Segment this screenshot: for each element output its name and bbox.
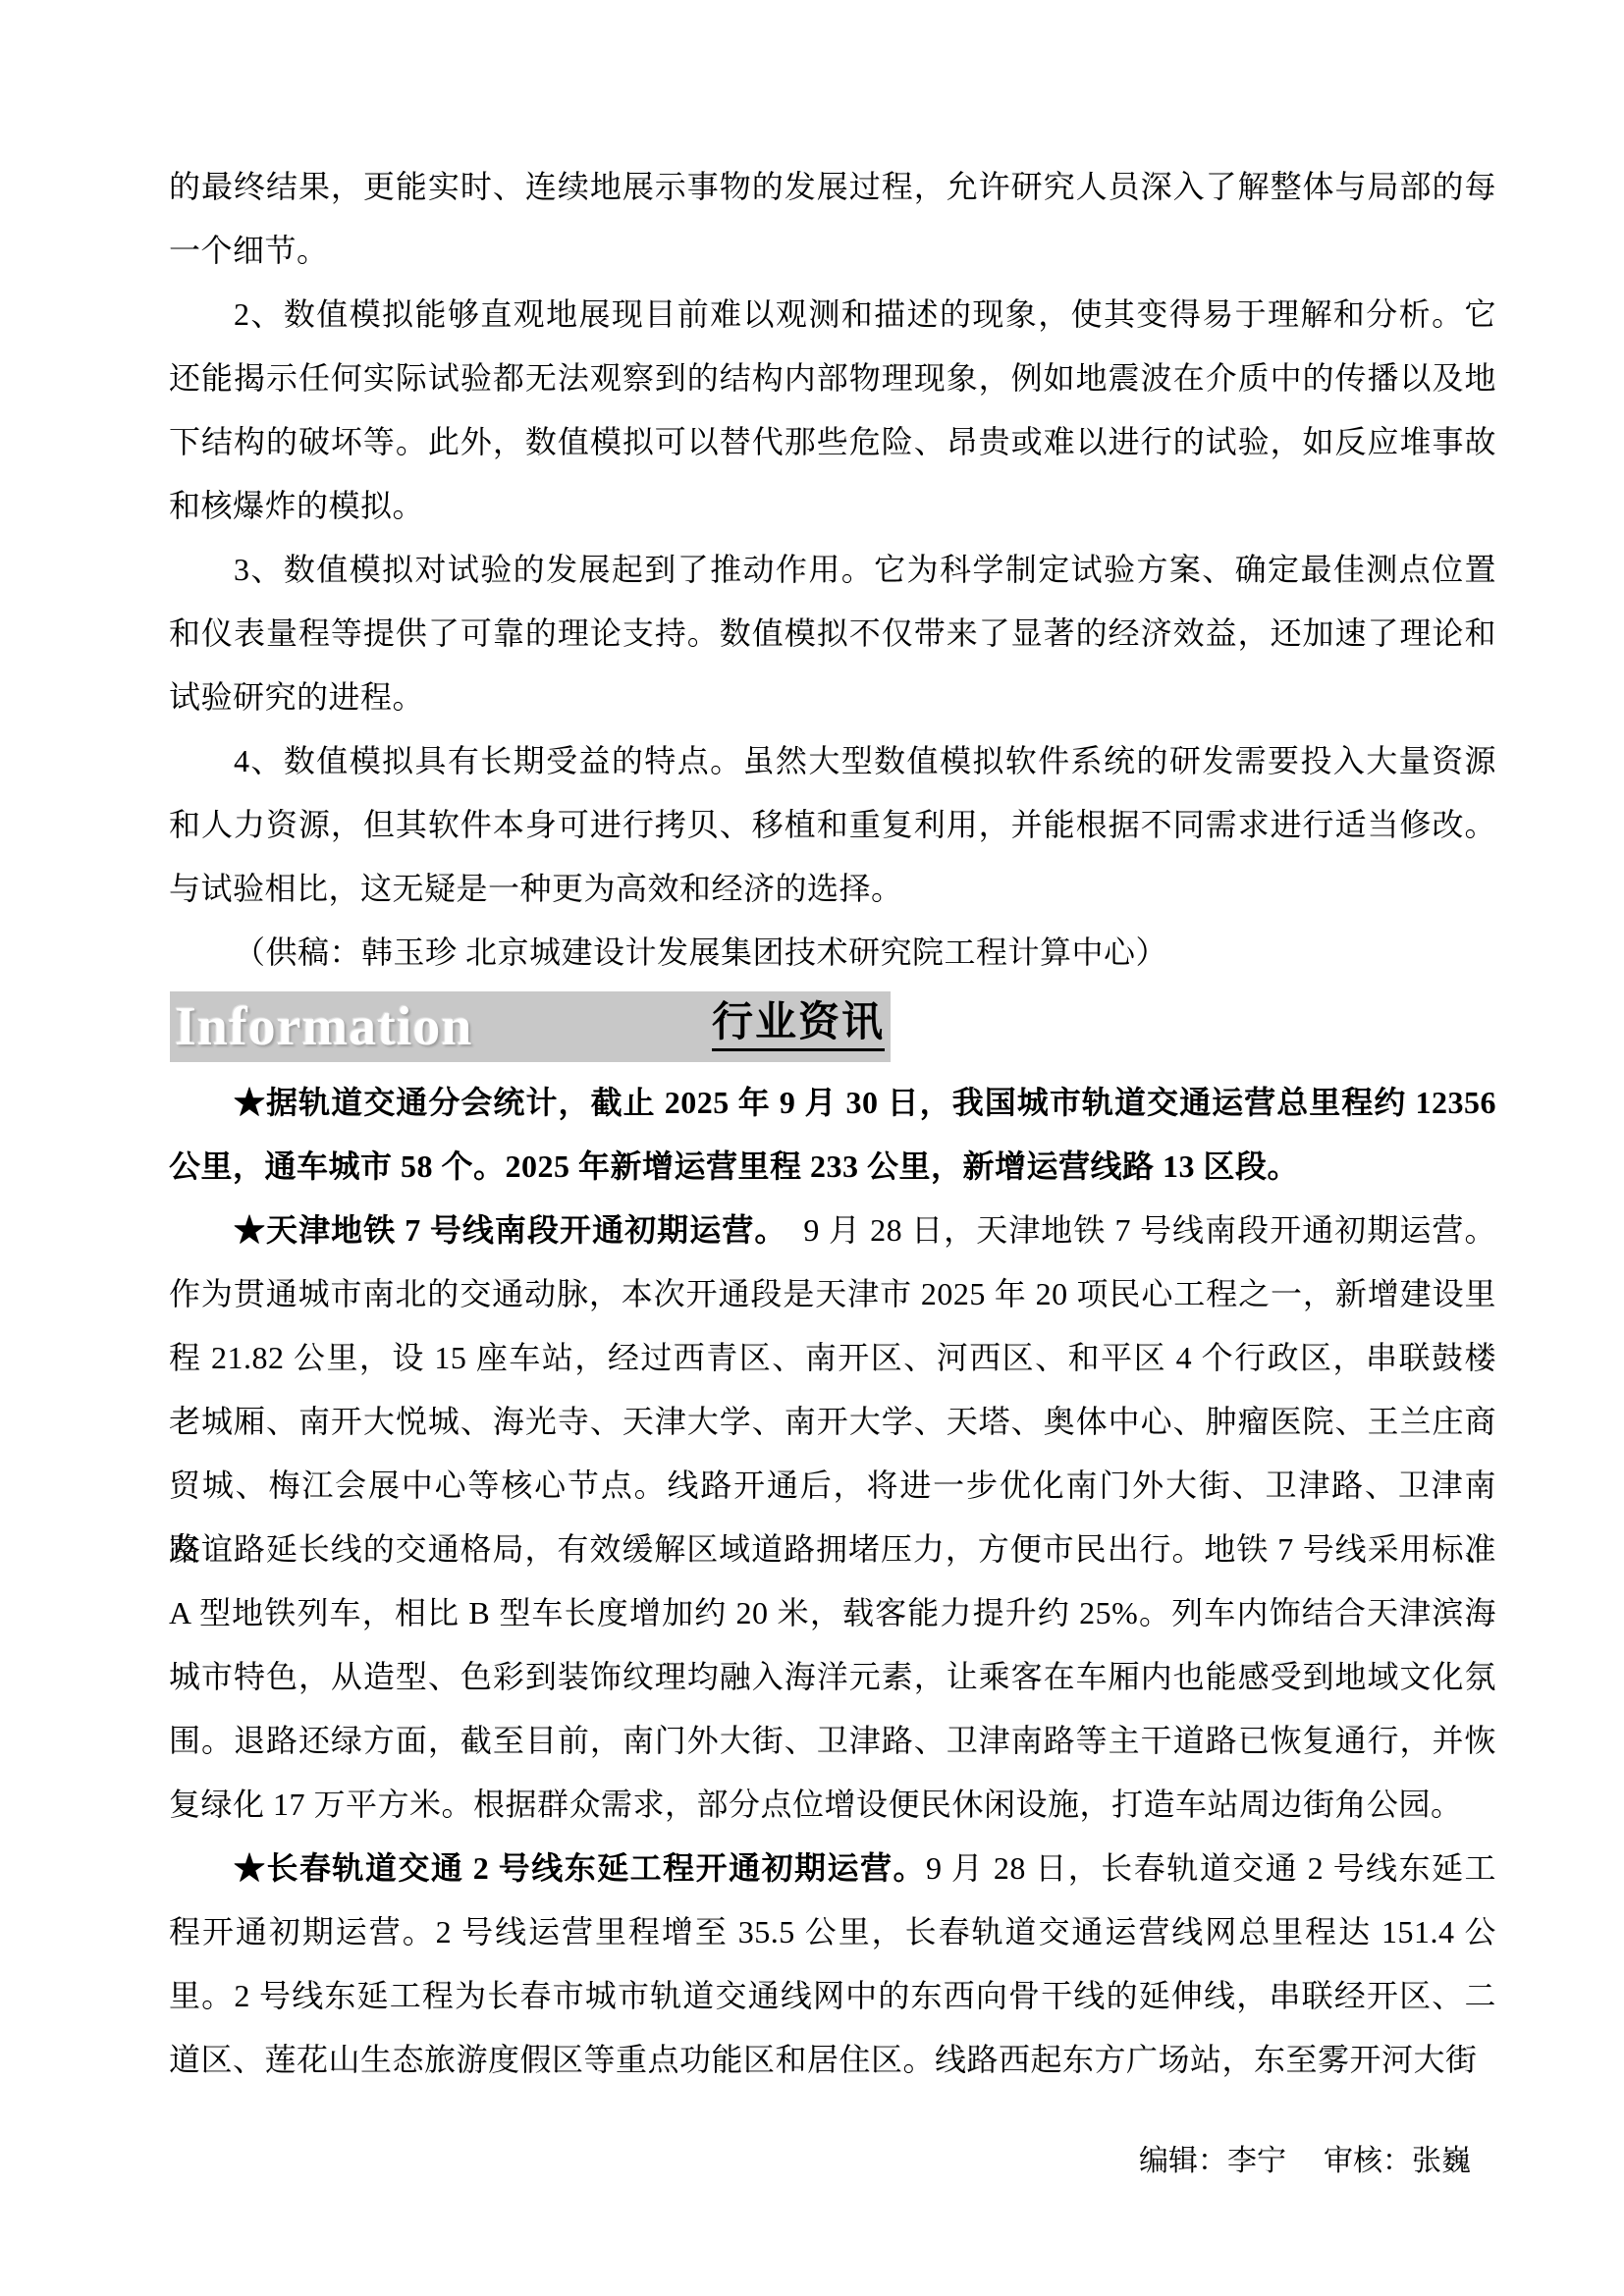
text-line: 3、数值模拟对试验的发展起到了推动作用。它为科学制定试验方案、确定最佳测点位置 (169, 538, 1496, 602)
text-segment: 友谊路延长线的交通格局，有效缓解区域道路拥堵压力，方便市民出行。地铁 7 号线采… (169, 1531, 1496, 1567)
page-footer: 编辑：李宁 审核：张巍 (1139, 2144, 1471, 2179)
text-line: 贸城、梅江会展中心等核心节点。线路开通后，将进一步优化南门外大街、卫津路、卫津南… (169, 1454, 1496, 1518)
text-line: 程 21.82 公里，设 15 座车站，经过西青区、南开区、河西区、和平区 4 … (169, 1326, 1496, 1390)
text-segment: 还能揭示任何实际试验都无法观察到的结构内部物理现象，例如地震波在介质中的传播以及… (169, 360, 1496, 396)
text-segment: 道区、莲花山生态旅游度假区等重点功能区和居住区。线路西起东方广场站，东至雾开河大… (169, 2042, 1478, 2077)
text-line: 里。2 号线东延工程为长春市城市轨道交通线网中的东西向骨干线的延伸线，串联经开区… (169, 1964, 1496, 2028)
text-line: 和核爆炸的模拟。 (169, 474, 1496, 538)
text-segment: 老城厢、南开大悦城、海光寺、天津大学、南开大学、天塔、奥体中心、肿瘤医院、王兰庄… (169, 1404, 1496, 1439)
text-line: 的最终结果，更能实时、连续地展示事物的发展过程，允许研究人员深入了解整体与局部的… (169, 155, 1496, 219)
text-segment: （供稿：韩玉珍 北京城建设计发展集团技术研究院工程计算中心） (234, 934, 1167, 970)
banner-english-title: Information (175, 999, 472, 1054)
text-segment: 和仪表量程等提供了可靠的理论支持。数值模拟不仅带来了显著的经济效益，还加速了理论… (169, 615, 1496, 651)
text-line: 一个细节。 (169, 219, 1496, 283)
text-line: 还能揭示任何实际试验都无法观察到的结构内部物理现象，例如地震波在介质中的传播以及… (169, 347, 1496, 410)
text-segment: 下结构的破坏等。此外，数值模拟可以替代那些危险、昂贵或难以进行的试验，如反应堆事… (169, 424, 1496, 459)
industry-news-banner: Information 行业资讯 (170, 991, 891, 1062)
bold-text-segment: ★天津地铁 7 号线南段开通初期运营。 (234, 1212, 771, 1248)
document-page: 的最终结果，更能实时、连续地展示事物的发展过程，允许研究人员深入了解整体与局部的… (0, 0, 1624, 2296)
reviewer-credit: 审核：张巍 (1324, 2144, 1471, 2179)
text-line: 围。退路还绿方面，截至目前，南门外大街、卫津路、卫津南路等主干道路已恢复通行，并… (169, 1709, 1496, 1773)
text-line: 试验研究的进程。 (169, 666, 1496, 729)
text-segment: 与试验相比，这无疑是一种更为高效和经济的选择。 (169, 871, 903, 906)
text-segment: 3、数值模拟对试验的发展起到了推动作用。它为科学制定试验方案、确定最佳测点位置 (234, 552, 1496, 587)
text-segment: 的最终结果，更能实时、连续地展示事物的发展过程，允许研究人员深入了解整体与局部的… (169, 169, 1496, 204)
text-segment: 2、数值模拟能够直观地展现目前难以观测和描述的现象，使其变得易于理解和分析。它 (234, 296, 1496, 332)
text-segment: 9 月 28 日，长春轨道交通 2 号线东延工 (926, 1850, 1496, 1886)
text-line: 公里，通车城市 58 个。2025 年新增运营里程 233 公里，新增运营线路 … (169, 1135, 1496, 1199)
text-segment: 4、数值模拟具有长期受益的特点。虽然大型数值模拟软件系统的研发需要投入大量资源 (234, 743, 1496, 778)
text-line: 下结构的破坏等。此外，数值模拟可以替代那些危险、昂贵或难以进行的试验，如反应堆事… (169, 410, 1496, 474)
text-segment: 里。2 号线东延工程为长春市城市轨道交通线网中的东西向骨干线的延伸线，串联经开区… (169, 1978, 1496, 2013)
text-segment: 和核爆炸的模拟。 (169, 488, 424, 523)
text-line: 作为贯通城市南北的交通动脉，本次开通段是天津市 2025 年 20 项民心工程之… (169, 1262, 1496, 1326)
text-segment: 一个细节。 (169, 233, 329, 268)
text-line: ★长春轨道交通 2 号线东延工程开通初期运营。9 月 28 日，长春轨道交通 2… (169, 1837, 1496, 1900)
text-segment: 复绿化 17 万平方米。根据群众需求，部分点位增设便民休闲设施，打造车站周边街角… (169, 1787, 1463, 1822)
section-numerical-simulation: 的最终结果，更能实时、连续地展示事物的发展过程，允许研究人员深入了解整体与局部的… (169, 155, 1496, 985)
text-segment: 和人力资源，但其软件本身可进行拷贝、移植和重复利用，并能根据不同需求进行适当修改… (169, 807, 1496, 842)
text-line: 城市特色，从造型、色彩到装饰纹理均融入海洋元素，让乘客在车厢内也能感受到地域文化… (169, 1645, 1496, 1709)
text-segment: 程开通初期运营。2 号线运营里程增至 35.5 公里，长春轨道交通运营线网总里程… (169, 1914, 1496, 1949)
text-line: ★据轨道交通分会统计，截止 2025 年 9 月 30 日，我国城市轨道交通运营… (169, 1071, 1496, 1135)
text-line: ★天津地铁 7 号线南段开通初期运营。 9 月 28 日，天津地铁 7 号线南段… (169, 1199, 1496, 1262)
text-segment: 试验研究的进程。 (169, 679, 424, 715)
text-segment: 围。退路还绿方面，截至目前，南门外大街、卫津路、卫津南路等主干道路已恢复通行，并… (169, 1723, 1496, 1758)
bold-text-segment: 公里，通车城市 58 个。2025 年新增运营里程 233 公里，新增运营线路 … (169, 1148, 1299, 1184)
text-line: 和人力资源，但其软件本身可进行拷贝、移植和重复利用，并能根据不同需求进行适当修改… (169, 793, 1496, 857)
bold-text-segment: ★据轨道交通分会统计，截止 2025 年 9 月 30 日，我国城市轨道交通运营… (234, 1085, 1496, 1120)
bold-text-segment: ★长春轨道交通 2 号线东延工程开通初期运营。 (234, 1850, 926, 1886)
text-line: 程开通初期运营。2 号线运营里程增至 35.5 公里，长春轨道交通运营线网总里程… (169, 1900, 1496, 1964)
text-line: 老城厢、南开大悦城、海光寺、天津大学、南开大学、天塔、奥体中心、肿瘤医院、王兰庄… (169, 1390, 1496, 1454)
text-line: 和仪表量程等提供了可靠的理论支持。数值模拟不仅带来了显著的经济效益，还加速了理论… (169, 602, 1496, 666)
text-line: 4、数值模拟具有长期受益的特点。虽然大型数值模拟软件系统的研发需要投入大量资源 (169, 729, 1496, 793)
text-line: A 型地铁列车，相比 B 型车长度增加约 20 米，载客能力提升约 25%。列车… (169, 1581, 1496, 1645)
section-industry-news: ★据轨道交通分会统计，截止 2025 年 9 月 30 日，我国城市轨道交通运营… (169, 1071, 1496, 2092)
editor-credit: 编辑：李宁 (1139, 2144, 1286, 2179)
banner-chinese-title: 行业资讯 (712, 1002, 885, 1051)
text-segment: 作为贯通城市南北的交通动脉，本次开通段是天津市 2025 年 20 项民心工程之… (169, 1276, 1496, 1311)
text-segment: 9 月 28 日，天津地铁 7 号线南段开通初期运营。 (771, 1212, 1496, 1248)
text-line: 与试验相比，这无疑是一种更为高效和经济的选择。 (169, 857, 1496, 921)
text-segment: 城市特色，从造型、色彩到装饰纹理均融入海洋元素，让乘客在车厢内也能感受到地域文化… (169, 1659, 1496, 1694)
text-line: （供稿：韩玉珍 北京城建设计发展集团技术研究院工程计算中心） (169, 921, 1496, 985)
text-line: 复绿化 17 万平方米。根据群众需求，部分点位增设便民休闲设施，打造车站周边街角… (169, 1773, 1496, 1837)
text-segment: A 型地铁列车，相比 B 型车长度增加约 20 米，载客能力提升约 25%。列车… (169, 1595, 1496, 1630)
text-line: 2、数值模拟能够直观地展现目前难以观测和描述的现象，使其变得易于理解和分析。它 (169, 283, 1496, 347)
text-line: 道区、莲花山生态旅游度假区等重点功能区和居住区。线路西起东方广场站，东至雾开河大… (169, 2028, 1496, 2092)
text-line: 友谊路延长线的交通格局，有效缓解区域道路拥堵压力，方便市民出行。地铁 7 号线采… (169, 1518, 1496, 1581)
text-segment: 程 21.82 公里，设 15 座车站，经过西青区、南开区、河西区、和平区 4 … (169, 1340, 1496, 1375)
